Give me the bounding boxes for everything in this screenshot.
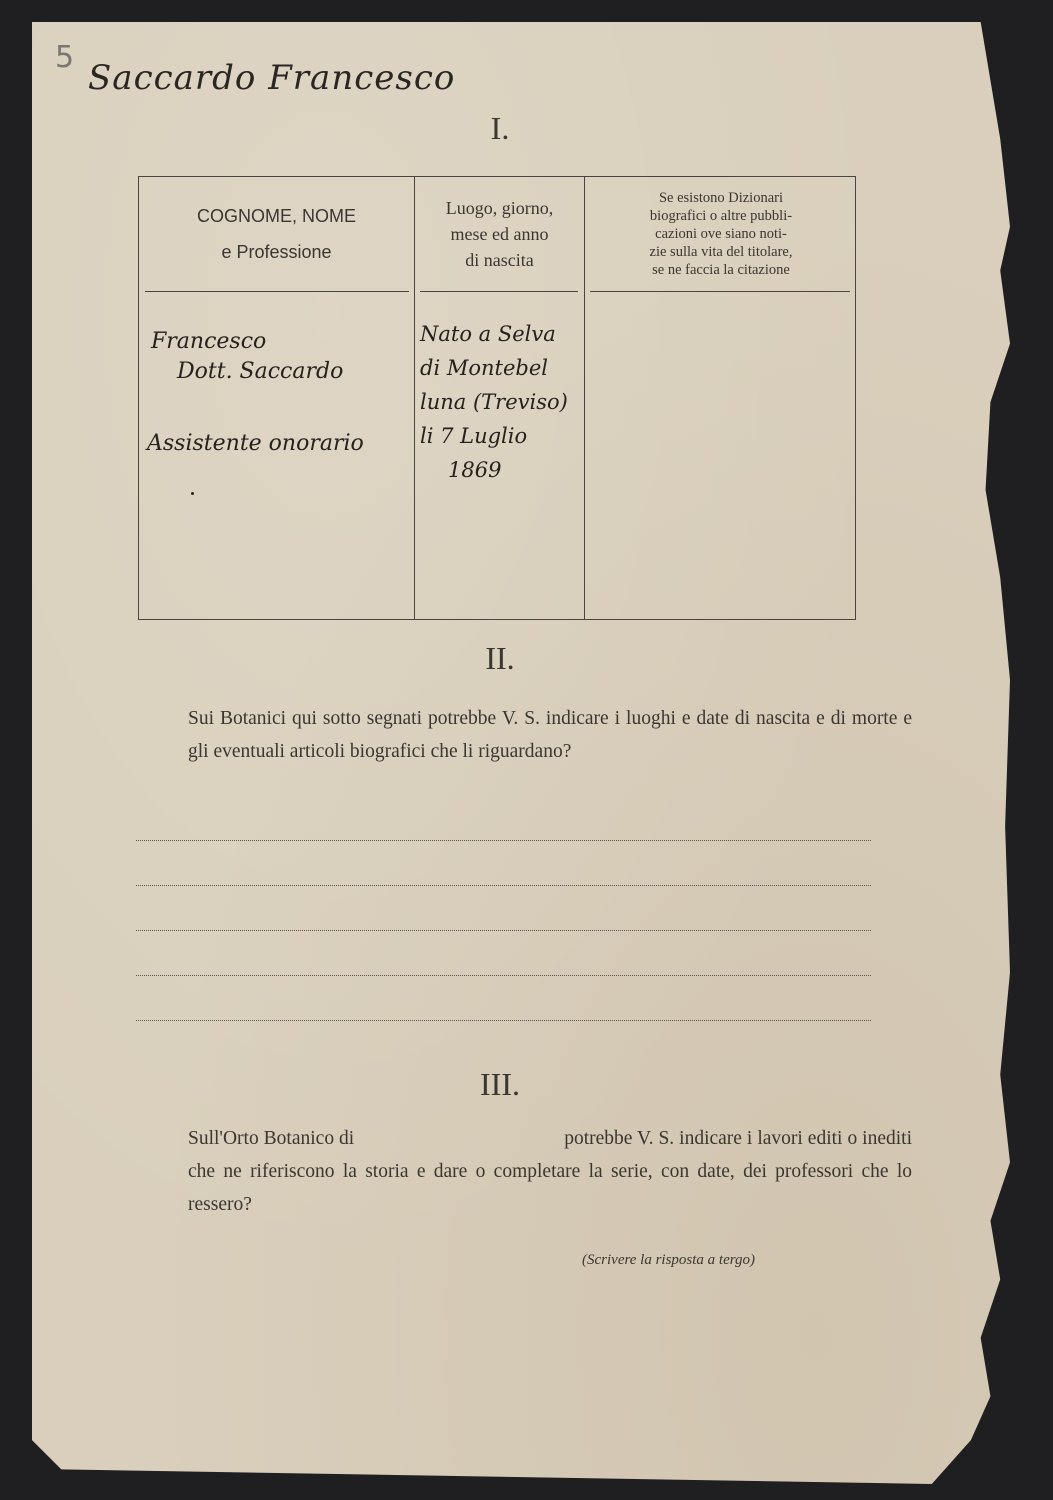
answer-line-1[interactable] <box>136 840 871 841</box>
handwritten-birth-info[interactable]: Nato a Selva di Montebel luna (Treviso) … <box>420 317 568 487</box>
header-separator <box>590 291 850 292</box>
section-3-numeral: III. <box>0 1066 1000 1103</box>
section-1-numeral: I. <box>0 110 1000 147</box>
handwritten-profession[interactable]: Assistente onorario <box>147 429 364 459</box>
header-separator <box>145 291 409 292</box>
header-name-profession: COGNOME, NOME e Professione <box>139 177 414 291</box>
header-birth-place-date: Luogo, giorno, mese ed anno di nascita <box>415 177 584 291</box>
section-3-question: Sull'Orto Botanico di potrebbe V. S. ind… <box>136 1122 912 1221</box>
pencil-number: 5 <box>55 40 74 75</box>
handwritten-name[interactable]: Francesco Dott. Saccardo <box>151 327 343 387</box>
biographical-table: COGNOME, NOME e Professione Luogo, giorn… <box>138 176 856 620</box>
answer-line-5[interactable] <box>136 1020 871 1021</box>
answer-line-2[interactable] <box>136 885 871 886</box>
section-2-numeral: II. <box>0 640 1000 677</box>
answer-line-4[interactable] <box>136 975 871 976</box>
ink-dot <box>191 492 194 495</box>
handwritten-title: Saccardo Francesco <box>88 58 455 98</box>
answer-line-3[interactable] <box>136 930 871 931</box>
header-separator <box>420 291 578 292</box>
section-2-question: Sui Botanici qui sotto segnati potrebbe … <box>136 702 912 768</box>
header-citations: Se esistono Dizionari biografici o altre… <box>585 177 857 291</box>
reverse-side-note: (Scrivere la risposta a tergo) <box>582 1252 755 1269</box>
